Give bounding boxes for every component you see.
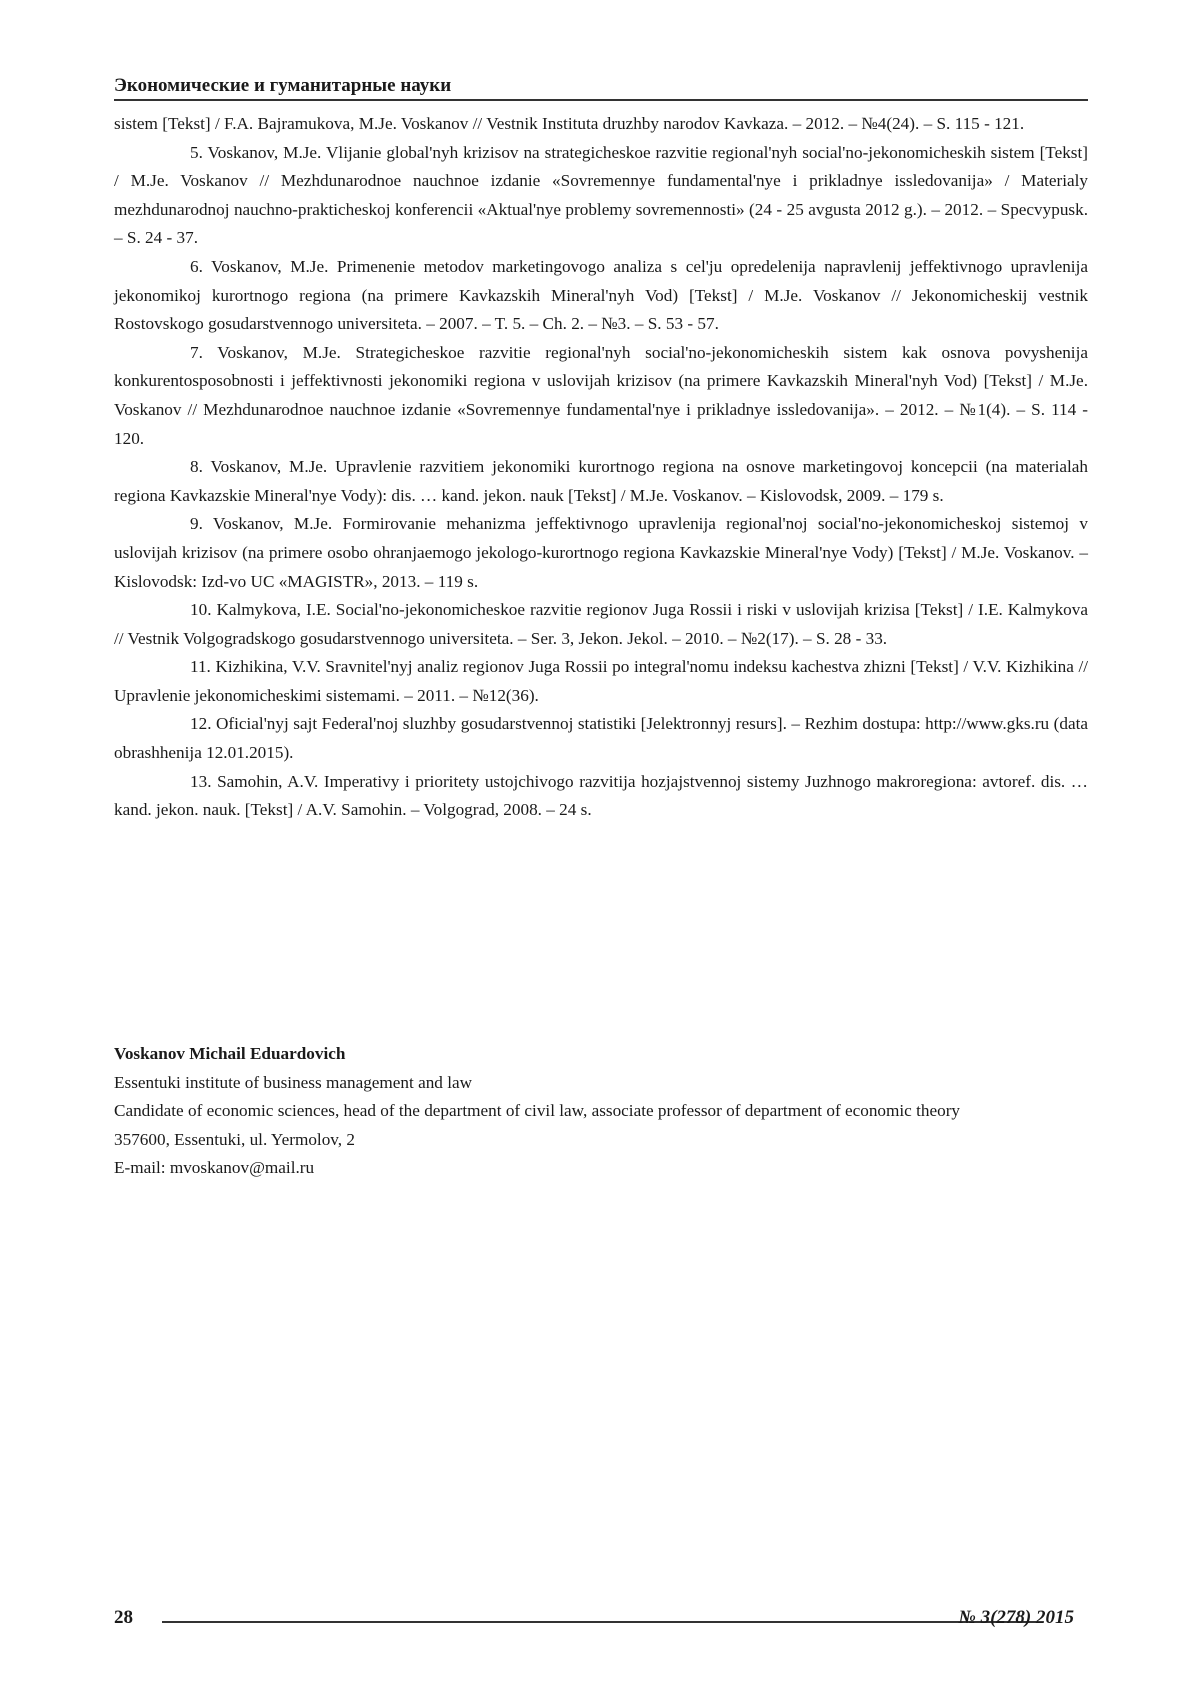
reference-item: 5. Voskanov, M.Je. Vlijanie global'nyh k… <box>114 139 1088 253</box>
author-institution: Essentuki institute of business manageme… <box>114 1069 1088 1098</box>
running-footer: 28 № 3(278) 2015 <box>114 1606 1088 1636</box>
header-rule <box>114 99 1088 101</box>
reference-item: 11. Kizhikina, V.V. Sravnitel'nyj analiz… <box>114 653 1088 710</box>
reference-item: 6. Voskanov, M.Je. Primenenie metodov ma… <box>114 253 1088 339</box>
journal-section-title: Экономические и гуманитарные науки <box>114 74 1088 98</box>
author-address: 357600, Essentuki, ul. Yermolov, 2 <box>114 1126 1088 1155</box>
author-info: Voskanov Michail Eduardovich Essentuki i… <box>114 1040 1088 1183</box>
reference-item: 8. Voskanov, M.Je. Upravlenie razvitiem … <box>114 453 1088 510</box>
author-name: Voskanov Michail Eduardovich <box>114 1040 1088 1069</box>
issue-label: № 3(278) 2015 <box>958 1606 1074 1630</box>
reference-item: sistem [Tekst] / F.A. Bajramukova, M.Je.… <box>114 110 1088 139</box>
reference-item: 7. Voskanov, M.Je. Strategicheskoe razvi… <box>114 339 1088 453</box>
author-position: Candidate of economic sciences, head of … <box>114 1097 1088 1126</box>
reference-item: 12. Oficial'nyj sajt Federal'noj sluzhby… <box>114 710 1088 767</box>
running-header: Экономические и гуманитарные науки <box>114 74 1088 98</box>
author-email: E-mail: mvoskanov@mail.ru <box>114 1154 1088 1183</box>
reference-item: 13. Samohin, A.V. Imperativy i prioritet… <box>114 768 1088 825</box>
page-number: 28 <box>114 1606 133 1630</box>
references-list: sistem [Tekst] / F.A. Bajramukova, M.Je.… <box>114 110 1088 825</box>
reference-item: 9. Voskanov, M.Je. Formirovanie mehanizm… <box>114 510 1088 596</box>
footer-rule <box>162 1621 1036 1623</box>
reference-item: 10. Kalmykova, I.E. Social'no-jekonomich… <box>114 596 1088 653</box>
